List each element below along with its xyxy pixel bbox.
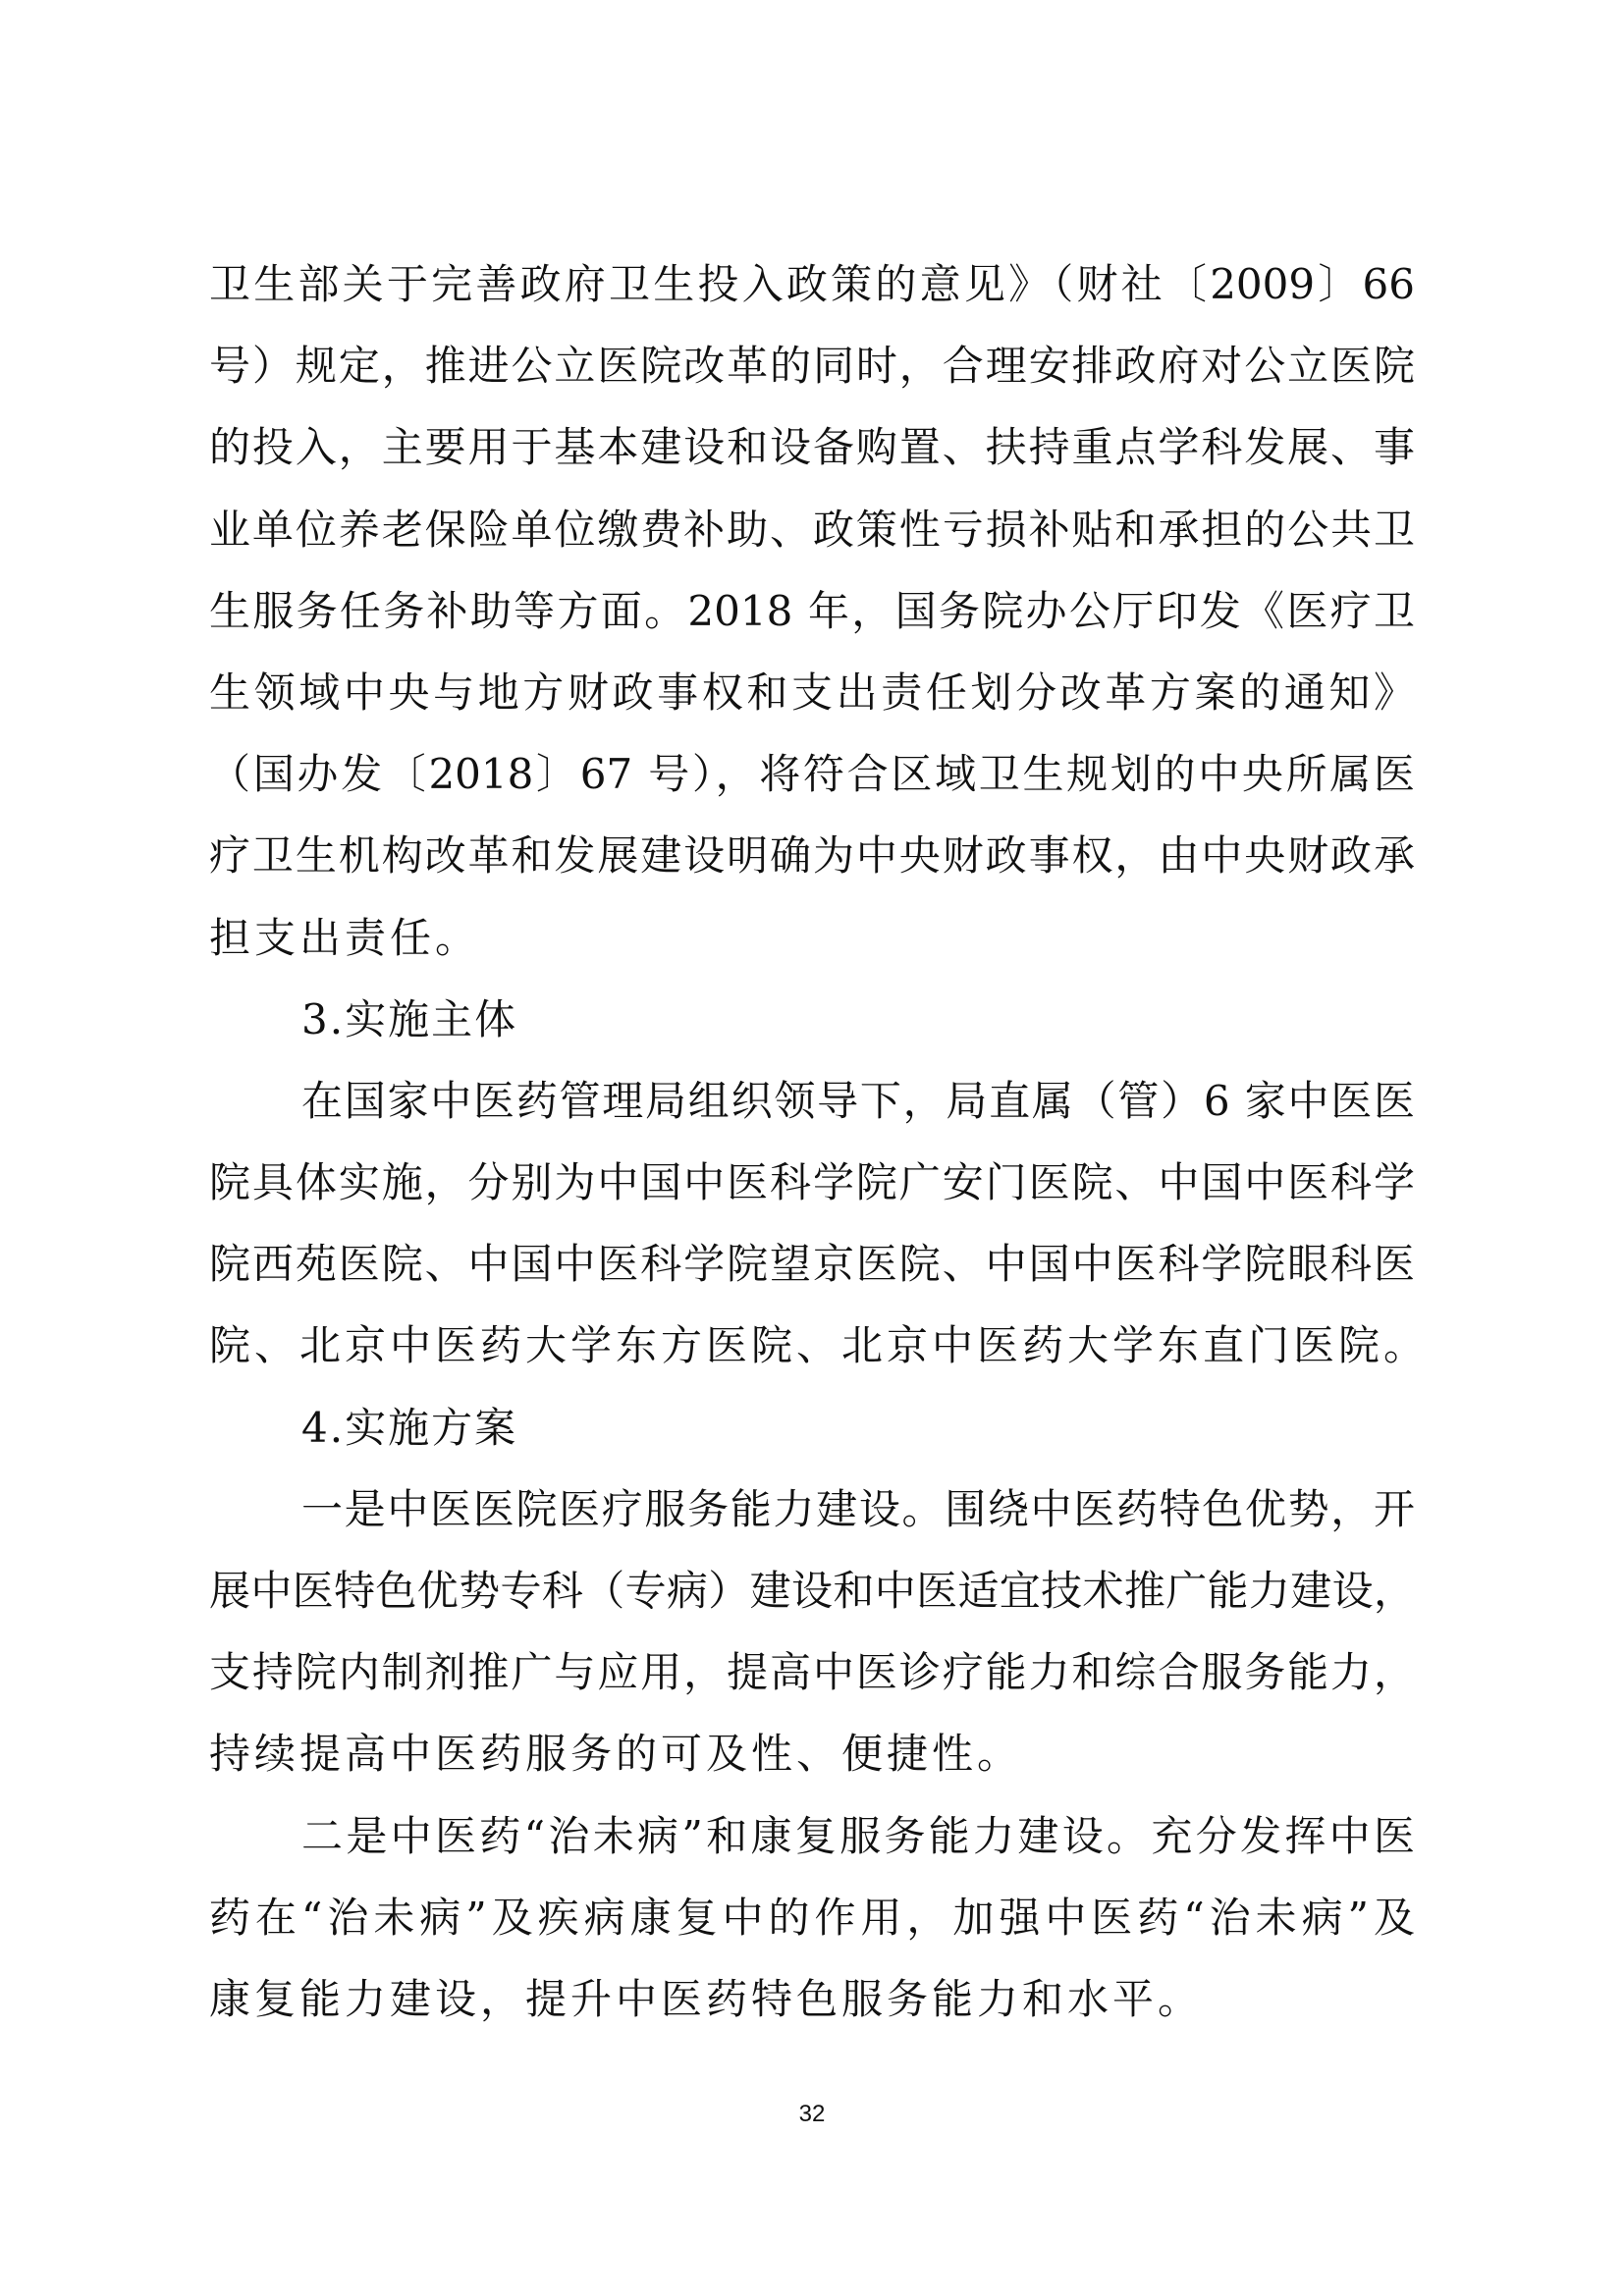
text-line-7: （国办发〔2018〕67 号），将符合区域卫生规划的中央所属医	[209, 733, 1415, 815]
text-line-18: 支持院内制剂推广与应用，提高中医诊疗能力和综合服务能力，	[209, 1631, 1415, 1713]
text-line-3: 的投入，主要用于基本建设和设备购置、扶持重点学科发展、事	[209, 406, 1415, 488]
page-number: 32	[0, 2101, 1624, 2128]
text-line-8: 疗卫生机构改革和发展建设明确为中央财政事权，由中央财政承	[209, 815, 1415, 896]
section-heading-3: 3.实施主体	[209, 979, 1415, 1060]
text-line-13: 院西苑医院、中国中医科学院望京医院、中国中医科学院眼科医	[209, 1223, 1415, 1305]
text-line-20: 二是中医药“治未病”和康复服务能力建设。充分发挥中医	[209, 1795, 1415, 1877]
text-line-17: 展中医特色优势专科（专病）建设和中医适宜技术推广能力建设，	[209, 1550, 1415, 1631]
text-line-6: 生领域中央与地方财政事权和支出责任划分改革方案的通知》	[209, 652, 1415, 733]
text-line-11: 在国家中医药管理局组织领导下，局直属（管）6 家中医医	[209, 1060, 1415, 1142]
body-text: 卫生部关于完善政府卫生投入政策的意见》（财社〔2009〕66 号）规定，推进公立…	[209, 243, 1415, 2040]
text-line-4: 业单位养老保险单位缴费补助、政策性亏损补贴和承担的公共卫	[209, 489, 1415, 570]
text-line-16: 一是中医医院医疗服务能力建设。围绕中医药特色优势，开	[209, 1468, 1415, 1550]
text-line-22: 康复能力建设，提升中医药特色服务能力和水平。	[209, 1958, 1415, 2040]
text-line-2: 号）规定，推进公立医院改革的同时，合理安排政府对公立医院	[209, 325, 1415, 406]
section-heading-4: 4.实施方案	[209, 1387, 1415, 1468]
text-line-9: 担支出责任。	[209, 897, 1415, 979]
text-line-1: 卫生部关于完善政府卫生投入政策的意见》（财社〔2009〕66	[209, 243, 1415, 325]
document-page: 卫生部关于完善政府卫生投入政策的意见》（财社〔2009〕66 号）规定，推进公立…	[0, 0, 1624, 2296]
text-line-19: 持续提高中医药服务的可及性、便捷性。	[209, 1713, 1415, 1794]
text-line-12: 院具体实施，分别为中国中医科学院广安门医院、中国中医科学	[209, 1142, 1415, 1223]
text-line-5: 生服务任务补助等方面。2018 年，国务院办公厅印发《医疗卫	[209, 570, 1415, 652]
text-line-21: 药在“治未病”及疾病康复中的作用，加强中医药“治未病”及	[209, 1877, 1415, 1958]
text-line-14: 院、北京中医药大学东方医院、北京中医药大学东直门医院。	[209, 1305, 1415, 1386]
